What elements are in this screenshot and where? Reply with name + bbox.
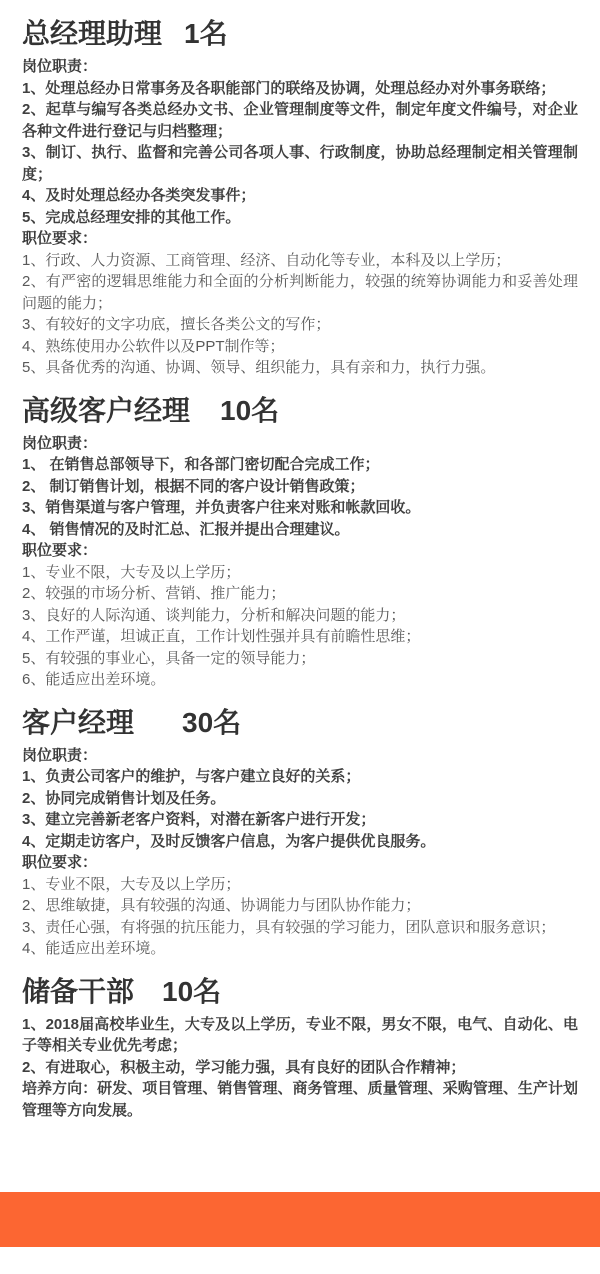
job-headcount: 30名 [182,705,241,741]
job-detail-item: 1、处理总经办日常事务及各职能部门的联络及协调，处理总经办对外事务联络； [22,78,578,100]
job-detail-block: 岗位职责： 1、处理总经办日常事务及各职能部门的联络及协调，处理总经办对外事务联… [22,56,578,228]
job-detail-item: 3、有较好的文字功底，擅长各类公文的写作； [22,314,578,336]
job-section-body: 1、2018届高校毕业生，大专及以上学历，专业不限，男女不限，电气、自动化、电子… [22,1014,578,1122]
job-detail-item: 5、有较强的事业心，具备一定的领导能力； [22,648,578,670]
job-detail-items: 1、行政、人力资源、工商管理、经济、自动化等专业，本科及以上学历； 2、有严密的… [22,250,578,379]
job-detail-item: 1、行政、人力资源、工商管理、经济、自动化等专业，本科及以上学历； [22,250,578,272]
job-section-body: 岗位职责： 1、处理总经办日常事务及各职能部门的联络及协调，处理总经办对外事务联… [22,56,578,379]
job-detail-items: 1、负责公司客户的维护，与客户建立良好的关系； 2、协同完成销售计划及任务。 3… [22,766,578,852]
job-section: 高级客户经理10名 岗位职责： 1、 在销售总部领导下，和各部门密切配合完成工作… [22,393,578,691]
job-detail-block: 岗位职责： 1、负责公司客户的维护，与客户建立良好的关系； 2、协同完成销售计划… [22,745,578,853]
job-title: 总经理助理 [22,18,162,49]
job-detail-item: 3、制订、执行、监督和完善公司各项人事、行政制度，协助总经理制定相关管理制度； [22,142,578,185]
job-detail-item: 4、定期走访客户，及时反馈客户信息，为客户提供优良服务。 [22,831,578,853]
job-detail-item: 4、能适应出差环境。 [22,938,578,960]
block-label: 岗位职责： [22,433,578,455]
job-detail-items: 1、2018届高校毕业生，大专及以上学历，专业不限，男女不限，电气、自动化、电子… [22,1014,578,1122]
job-headcount: 1名 [184,16,228,52]
job-detail-item: 5、完成总经理安排的其他工作。 [22,207,578,229]
block-label: 职位要求： [22,540,578,562]
job-detail-item: 2、 制订销售计划，根据不同的客户设计销售政策； [22,476,578,498]
job-detail-block: 岗位职责： 1、 在销售总部领导下，和各部门密切配合完成工作； 2、 制订销售计… [22,433,578,541]
job-detail-item: 1、 在销售总部领导下，和各部门密切配合完成工作； [22,454,578,476]
job-title: 客户经理 [22,707,134,738]
job-detail-item: 3、责任心强，有将强的抗压能力，具有较强的学习能力，团队意识和服务意识； [22,917,578,939]
job-detail-item: 2、有严密的逻辑思维能力和全面的分析判断能力，较强的统筹协调能力和妥善处理问题的… [22,271,578,314]
job-detail-items: 1、专业不限，大专及以上学历； 2、较强的市场分析、营销、推广能力； 3、良好的… [22,562,578,691]
job-section-body: 岗位职责： 1、负责公司客户的维护，与客户建立良好的关系； 2、协同完成销售计划… [22,745,578,960]
job-section: 客户经理30名 岗位职责： 1、负责公司客户的维护，与客户建立良好的关系； 2、… [22,705,578,960]
job-detail-item: 1、专业不限，大专及以上学历； [22,562,578,584]
footer-accent-bar [0,1192,600,1247]
job-detail-item: 2、起草与编写各类总经办文书、企业管理制度等文件，制定年度文件编号，对企业各种文… [22,99,578,142]
job-section: 总经理助理1名 岗位职责： 1、处理总经办日常事务及各职能部门的联络及协调，处理… [22,16,578,379]
job-detail-item: 4、 销售情况的及时汇总、汇报并提出合理建议。 [22,519,578,541]
job-detail-block: 职位要求： 1、专业不限，大专及以上学历； 2、较强的市场分析、营销、推广能力；… [22,540,578,691]
job-detail-item: 2、较强的市场分析、营销、推广能力； [22,583,578,605]
job-title: 高级客户经理 [22,395,190,426]
job-detail-items: 1、处理总经办日常事务及各职能部门的联络及协调，处理总经办对外事务联络； 2、起… [22,78,578,229]
job-detail-item: 1、2018届高校毕业生，大专及以上学历，专业不限，男女不限，电气、自动化、电子… [22,1014,578,1057]
job-postings-document: 总经理助理1名 岗位职责： 1、处理总经办日常事务及各职能部门的联络及协调，处理… [0,0,600,1121]
job-detail-item: 培养方向：研发、项目管理、销售管理、商务管理、质量管理、采购管理、生产计划管理等… [22,1078,578,1121]
job-detail-item: 2、有进取心，积极主动，学习能力强，具有良好的团队合作精神； [22,1057,578,1079]
job-detail-item: 4、熟练使用办公软件以及PPT制作等； [22,336,578,358]
job-detail-item: 3、良好的人际沟通、谈判能力，分析和解决问题的能力； [22,605,578,627]
job-detail-item: 3、销售渠道与客户管理，并负责客户往来对账和帐款回收。 [22,497,578,519]
job-detail-item: 1、专业不限，大专及以上学历； [22,874,578,896]
block-label: 岗位职责： [22,56,578,78]
job-detail-block: 职位要求： 1、行政、人力资源、工商管理、经济、自动化等专业，本科及以上学历； … [22,228,578,379]
job-headcount: 10名 [220,393,279,429]
job-detail-item: 2、协同完成销售计划及任务。 [22,788,578,810]
job-detail-item: 4、及时处理总经办各类突发事件； [22,185,578,207]
job-title: 储备干部 [22,976,134,1007]
job-detail-items: 1、专业不限，大专及以上学历； 2、思维敏捷，具有较强的沟通、协调能力与团队协作… [22,874,578,960]
job-detail-item: 1、负责公司客户的维护，与客户建立良好的关系； [22,766,578,788]
job-detail-item: 3、建立完善新老客户资料，对潜在新客户进行开发； [22,809,578,831]
block-label: 职位要求： [22,852,578,874]
job-detail-item: 6、能适应出差环境。 [22,669,578,691]
block-label: 岗位职责： [22,745,578,767]
job-section: 储备干部10名 1、2018届高校毕业生，大专及以上学历，专业不限，男女不限，电… [22,974,578,1122]
job-sections-list: 总经理助理1名 岗位职责： 1、处理总经办日常事务及各职能部门的联络及协调，处理… [22,16,578,1121]
block-label: 职位要求： [22,228,578,250]
job-detail-item: 5、具备优秀的沟通、协调、领导、组织能力，具有亲和力，执行力强。 [22,357,578,379]
job-detail-block: 职位要求： 1、专业不限，大专及以上学历； 2、思维敏捷，具有较强的沟通、协调能… [22,852,578,960]
job-detail-item: 2、思维敏捷，具有较强的沟通、协调能力与团队协作能力； [22,895,578,917]
job-detail-items: 1、 在销售总部领导下，和各部门密切配合完成工作； 2、 制订销售计划，根据不同… [22,454,578,540]
job-section-body: 岗位职责： 1、 在销售总部领导下，和各部门密切配合完成工作； 2、 制订销售计… [22,433,578,691]
job-detail-item: 4、工作严谨，坦诚正直，工作计划性强并具有前瞻性思维； [22,626,578,648]
job-detail-block: 1、2018届高校毕业生，大专及以上学历，专业不限，男女不限，电气、自动化、电子… [22,1014,578,1122]
job-headcount: 10名 [162,974,221,1010]
